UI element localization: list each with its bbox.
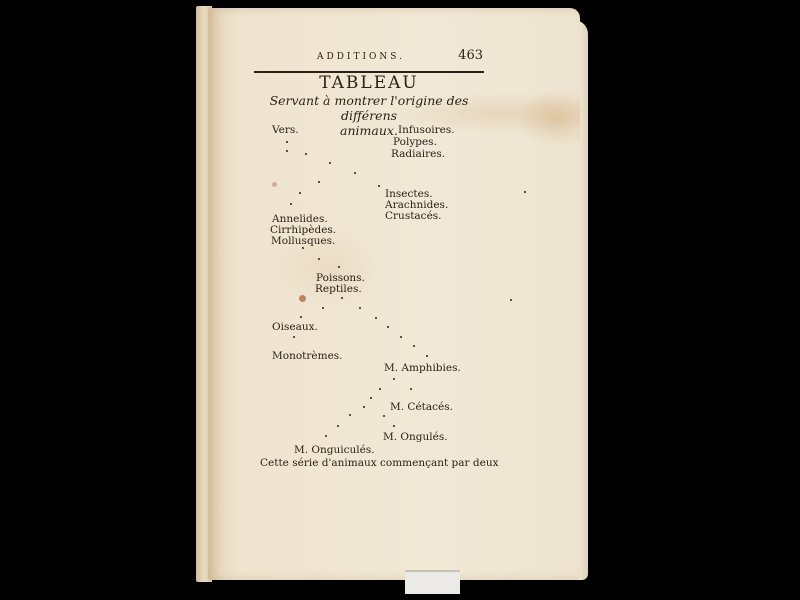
connector-dot bbox=[359, 307, 361, 309]
connector-dot bbox=[305, 153, 307, 155]
label-m-onguicules: M. Onguiculés. bbox=[294, 444, 375, 456]
label-m-cetaces: M. Cétacés. bbox=[390, 401, 453, 413]
label-infusoires: Infusoires. bbox=[398, 124, 455, 136]
page-header: ADDITIONS. 463 bbox=[255, 48, 483, 68]
label-monotremes: Monotrèmes. bbox=[272, 350, 343, 362]
connector-dot bbox=[387, 326, 389, 328]
label-vers: Vers. bbox=[272, 124, 299, 136]
connector-dot bbox=[286, 141, 288, 143]
connector-dot bbox=[293, 336, 295, 338]
connector-dot bbox=[383, 415, 385, 417]
connector-dot bbox=[410, 388, 412, 390]
connector-dot bbox=[370, 397, 372, 399]
connector-dot bbox=[354, 172, 356, 174]
connector-dot bbox=[413, 345, 415, 347]
connector-dot bbox=[300, 316, 302, 318]
running-head: ADDITIONS. bbox=[317, 52, 405, 62]
subtitle-line-1: Servant à montrer l'origine des différen… bbox=[254, 93, 484, 123]
label-oiseaux: Oiseaux. bbox=[272, 321, 318, 333]
connector-dot bbox=[302, 247, 304, 249]
page-number: 463 bbox=[458, 48, 483, 63]
connector-dot bbox=[426, 355, 428, 357]
connector-dot bbox=[290, 203, 292, 205]
label-polypes: Polypes. bbox=[393, 136, 437, 148]
connector-dot bbox=[329, 162, 331, 164]
connector-dot bbox=[379, 388, 381, 390]
connector-dot bbox=[325, 435, 327, 437]
foxing-stain bbox=[272, 182, 277, 187]
connector-dot bbox=[286, 150, 288, 152]
label-m-amphibies: M. Amphibies. bbox=[384, 362, 461, 374]
connector-dot bbox=[341, 297, 343, 299]
connector-dot bbox=[322, 307, 324, 309]
label-reptiles: Reptiles. bbox=[315, 283, 362, 295]
page-title: TABLEAU bbox=[254, 73, 484, 93]
label-m-ongules: M. Ongulés. bbox=[383, 431, 448, 443]
connector-dot bbox=[349, 414, 351, 416]
connector-dot bbox=[375, 317, 377, 319]
connector-dot bbox=[393, 425, 395, 427]
label-radiaires: Radiaires. bbox=[391, 148, 445, 160]
label-mollusques: Mollusques. bbox=[271, 235, 335, 247]
label-crustaces: Crustacés. bbox=[385, 210, 442, 222]
connector-dot bbox=[393, 378, 395, 380]
connector-dot bbox=[337, 425, 339, 427]
connector-dot bbox=[363, 406, 365, 408]
body-text-line: Cette série d'animaux commençant par deu… bbox=[260, 457, 499, 469]
foxing-stain bbox=[299, 295, 306, 302]
connector-dot bbox=[524, 191, 526, 193]
paper-tab bbox=[405, 570, 460, 594]
connector-dot bbox=[318, 181, 320, 183]
connector-dot bbox=[400, 336, 402, 338]
connector-dot bbox=[338, 266, 340, 268]
connector-dot bbox=[510, 299, 512, 301]
connector-dot bbox=[299, 192, 301, 194]
connector-dot bbox=[378, 185, 380, 187]
connector-dot bbox=[318, 258, 320, 260]
